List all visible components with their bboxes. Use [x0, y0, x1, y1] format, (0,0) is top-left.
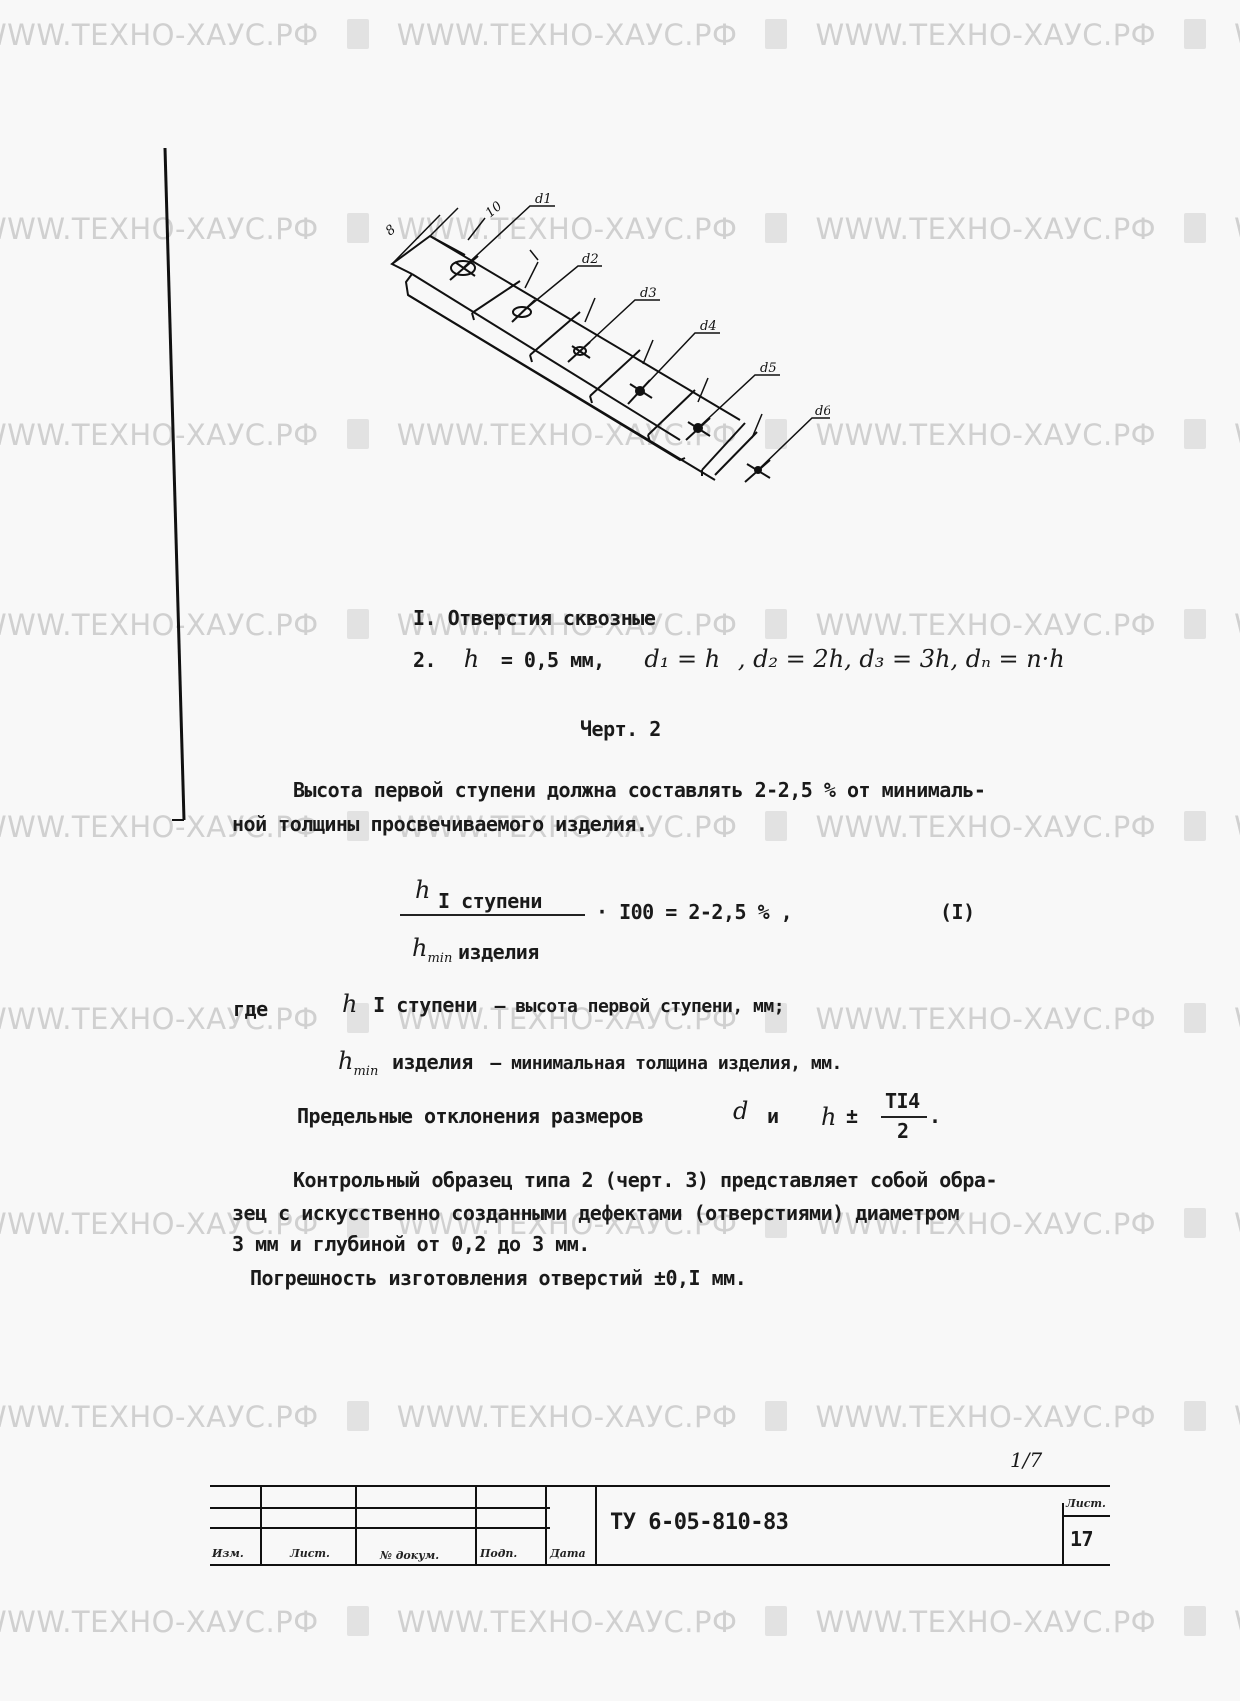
- tolerance-frac-den: 2: [897, 1119, 909, 1143]
- watermark-text: WWW.ТЕХНО-ХАУС.РФ: [397, 18, 738, 52]
- watermark-text: WWW.ТЕХНО-ХАУС.РФ: [1234, 18, 1240, 52]
- watermark-logo-icon: [1184, 609, 1206, 639]
- tolerance-line: Предельные отклонения размеров d и h ± T…: [297, 1095, 997, 1155]
- watermark-logo-icon: [1184, 1401, 1206, 1431]
- svg-text:d5: d5: [760, 361, 777, 376]
- paragraph-2-line-2: зец с искусственно созданными дефектами …: [232, 1201, 959, 1225]
- where-symbol-1: h: [342, 990, 357, 1018]
- watermark-logo-icon: [347, 1401, 369, 1431]
- watermark-text: WWW.ТЕХНО-ХАУС.РФ: [1234, 1207, 1240, 1241]
- note-2-rest: , d₂ = 2h, d₃ = 3h, dₙ = n·h: [738, 645, 1065, 673]
- svg-text:d1: d1: [535, 192, 552, 207]
- paragraph-1-line-1: Высота первой ступени должна составлять …: [293, 778, 985, 802]
- formula-number: (I): [940, 900, 975, 924]
- paragraph-2-line-1: Контрольный образец типа 2 (черт. 3) пре…: [293, 1168, 997, 1192]
- note-1: I. Отверстия сквозные: [413, 606, 655, 630]
- watermark-text: WWW.ТЕХНО-ХАУС.РФ: [815, 18, 1156, 52]
- tolerance-d: d: [733, 1097, 748, 1125]
- where-term-2: изделия: [392, 1050, 473, 1074]
- watermark-text: WWW.ТЕХНО-ХАУС.РФ: [815, 1605, 1156, 1639]
- svg-text:8: 8: [383, 222, 399, 239]
- where-definition-2: – минимальная толщина изделия, мм.: [490, 1053, 841, 1074]
- watermark-text: WWW.ТЕХНО-ХАУС.РФ: [815, 810, 1156, 844]
- watermark-logo-icon: [1184, 19, 1206, 49]
- watermark-text: WWW.ТЕХНО-ХАУС.РФ: [0, 1002, 319, 1036]
- tolerance-end: .: [929, 1104, 941, 1128]
- watermark-text: WWW.ТЕХНО-ХАУС.РФ: [815, 212, 1156, 246]
- where-item-1: h I ступени – высота первой ступени, мм;: [342, 990, 784, 1018]
- formula: h I ступени hmin изделия · I00 = 2-2,5 %…: [400, 876, 1000, 976]
- tolerance-frac-num: TI4: [885, 1089, 920, 1113]
- watermark-row: WWW.ТЕХНО-ХАУС.РФWWW.ТЕХНО-ХАУС.РФWWW.ТЕ…: [0, 1605, 1218, 1639]
- where-definition-1: – высота первой ступени, мм;: [495, 996, 784, 1017]
- paragraph-1-line-2: ной толщины просвечиваемого изделия.: [232, 812, 647, 836]
- note-2-d1: d₁ = h: [644, 645, 720, 673]
- watermark-logo-icon: [1184, 811, 1206, 841]
- where-label: где: [233, 997, 268, 1021]
- paragraph-2-line-3: 3 мм и глубиной от 0,2 до 3 мм.: [232, 1232, 590, 1256]
- handwritten-mark: 1/7: [1010, 1448, 1042, 1472]
- tolerance-and: и: [767, 1104, 779, 1128]
- title-col-sign: Подп.: [480, 1547, 517, 1560]
- svg-text:d3: d3: [640, 286, 657, 301]
- formula-denominator-symbol: hmin: [412, 934, 452, 966]
- watermark-logo-icon: [347, 1606, 369, 1636]
- title-col-doc: № докум.: [380, 1549, 439, 1562]
- svg-text:d2: d2: [582, 252, 599, 267]
- note-2-value: = 0,5 мм,: [501, 648, 605, 672]
- formula-numerator-symbol: h: [415, 876, 430, 904]
- watermark-text: WWW.ТЕХНО-ХАУС.РФ: [1234, 212, 1240, 246]
- watermark-text: WWW.ТЕХНО-ХАУС.РФ: [0, 1400, 319, 1434]
- watermark-logo-icon: [765, 1401, 787, 1431]
- watermark-logo-icon: [1184, 1606, 1206, 1636]
- watermark-text: WWW.ТЕХНО-ХАУС.РФ: [397, 1400, 738, 1434]
- title-col-date: Дата: [550, 1547, 586, 1560]
- sheet-label: Лист.: [1066, 1497, 1106, 1510]
- title-col-izm: Изм.: [212, 1547, 244, 1560]
- tolerance-pm: ±: [846, 1104, 858, 1128]
- watermark-logo-icon: [1184, 1003, 1206, 1033]
- note-2: 2. h = 0,5 мм, d₁ = h , d₂ = 2h, d₃ = 3h…: [413, 645, 1065, 673]
- watermark-logo-icon: [765, 609, 787, 639]
- watermark-text: WWW.ТЕХНО-ХАУС.РФ: [1234, 1605, 1240, 1639]
- watermark-text: WWW.ТЕХНО-ХАУС.РФ: [1234, 1400, 1240, 1434]
- watermark-row: WWW.ТЕХНО-ХАУС.РФWWW.ТЕХНО-ХАУС.РФWWW.ТЕ…: [0, 1400, 1218, 1434]
- watermark-text: WWW.ТЕХНО-ХАУС.РФ: [1234, 418, 1240, 452]
- watermark-text: WWW.ТЕХНО-ХАУС.РФ: [1234, 608, 1240, 642]
- title-col-list: Лист.: [290, 1547, 330, 1560]
- figure-caption: Черт. 2: [580, 717, 661, 741]
- formula-rhs: · I00 = 2-2,5 % ,: [596, 900, 792, 924]
- margin-line: [0, 0, 240, 860]
- formula-denominator-text: изделия: [458, 940, 539, 964]
- note-2-h: h: [464, 645, 479, 673]
- watermark-logo-icon: [1184, 1208, 1206, 1238]
- where-symbol-2: hmin: [338, 1047, 378, 1075]
- tolerance-h: h: [821, 1103, 836, 1131]
- tolerance-text: Предельные отклонения размеров: [297, 1104, 643, 1128]
- title-block: Изм. Лист. № докум. Подп. Дата ТУ 6-05-8…: [210, 1485, 1110, 1565]
- sheet-number: 17: [1070, 1527, 1093, 1551]
- note-2-number: 2.: [413, 648, 436, 672]
- watermark-logo-icon: [765, 811, 787, 841]
- where-term-1: I ступени: [373, 993, 477, 1017]
- svg-text:10: 10: [483, 199, 505, 221]
- step-wedge-drawing: 8 10 d1 d2 d3 d4 d5 d6: [350, 170, 830, 510]
- watermark-text: WWW.ТЕХНО-ХАУС.РФ: [815, 608, 1156, 642]
- watermark-text: WWW.ТЕХНО-ХАУС.РФ: [0, 1605, 319, 1639]
- formula-numerator-text: I ступени: [438, 889, 542, 913]
- watermark-text: WWW.ТЕХНО-ХАУС.РФ: [815, 1400, 1156, 1434]
- watermark-logo-icon: [765, 19, 787, 49]
- watermark-logo-icon: [1184, 213, 1206, 243]
- watermark-text: WWW.ТЕХНО-ХАУС.РФ: [815, 418, 1156, 452]
- watermark-logo-icon: [347, 19, 369, 49]
- watermark-logo-icon: [765, 1606, 787, 1636]
- watermark-logo-icon: [347, 609, 369, 639]
- svg-text:d6: d6: [815, 404, 830, 419]
- watermark-text: WWW.ТЕХНО-ХАУС.РФ: [1234, 810, 1240, 844]
- watermark-logo-icon: [1184, 419, 1206, 449]
- watermark-text: WWW.ТЕХНО-ХАУС.РФ: [815, 1002, 1156, 1036]
- svg-text:d4: d4: [700, 319, 717, 334]
- where-item-2: hmin изделия – минимальная толщина издел…: [338, 1047, 842, 1079]
- paragraph-3: Погрешность изготовления отверстий ±0,I …: [250, 1266, 746, 1290]
- watermark-text: WWW.ТЕХНО-ХАУС.РФ: [1234, 1002, 1240, 1036]
- document-code: ТУ 6-05-810-83: [610, 1510, 788, 1535]
- watermark-text: WWW.ТЕХНО-ХАУС.РФ: [397, 1605, 738, 1639]
